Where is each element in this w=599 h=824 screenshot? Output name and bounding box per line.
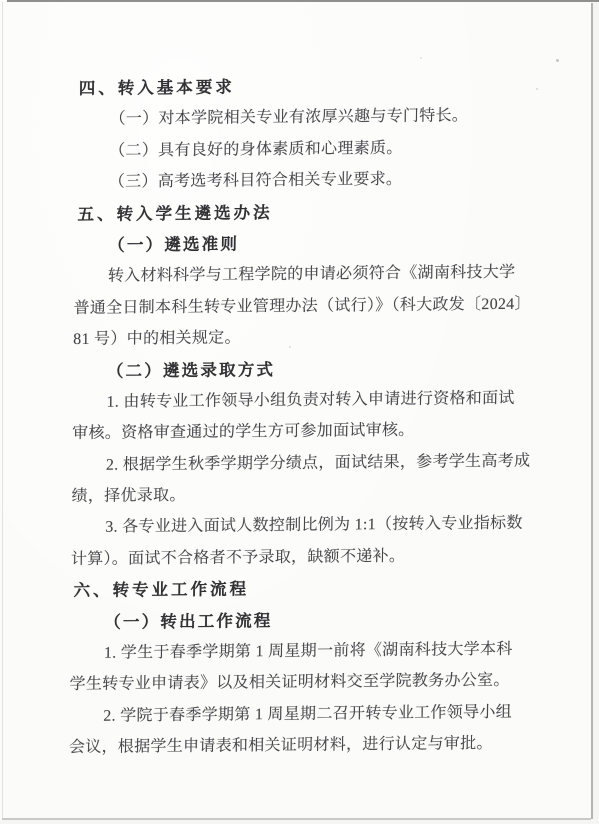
page-edge-right-shadow <box>593 2 599 824</box>
section-heading: 四、转入基本要求 <box>79 68 552 104</box>
section-heading: 六、转专业工作流程 <box>73 571 546 607</box>
paragraph-line: 绩，择优录取。 <box>71 477 547 513</box>
page-edge-top <box>7 0 599 2</box>
page-edge-left <box>2 2 3 818</box>
page-edge-bottom <box>2 818 591 820</box>
subsection-heading: （二）遴选录取方式 <box>107 351 549 387</box>
subsection-heading: （一）转出工作流程 <box>104 602 546 638</box>
list-item-line: （三）高考选考科目符合相关专业要求。 <box>109 163 551 199</box>
paragraph-line: 2. 根据学生秋季学期学分绩点，面试结果，参考学生高考成 <box>106 445 548 481</box>
paragraph-line: 审核。资格审查通过的学生方可参加面试审核。 <box>72 414 548 450</box>
paragraph-line: 转入材料科学与工程学院的申请必须符合《湖南科技大学 <box>108 257 550 293</box>
paragraph-line: 1. 学生于春季学期第 1 周星期一前将《湖南科技大学本科 <box>104 634 546 670</box>
paper-speck <box>420 57 422 59</box>
page-edge-right <box>591 3 593 819</box>
page-edge-bottom-shadow <box>0 820 599 824</box>
subsection-heading: （一）遴选准则 <box>108 225 550 261</box>
section-heading: 五、转入学生遴选办法 <box>77 194 550 230</box>
paragraph-line: 2. 学院于春季学期第 1 周星期二召开转专业工作领导小组 <box>103 696 545 732</box>
paragraph-line: 3. 各专业进入面试人数控制比例为 1:1（按转入专业指标数 <box>105 508 547 544</box>
paragraph-line: 81 号）中的相关规定。 <box>73 320 549 356</box>
paragraph-line: 会议，根据学生申请表和相关证明材料，进行认定与审批。 <box>69 728 545 764</box>
paragraph-line: 计算）。面试不合格者不予录取，缺额不递补。 <box>71 539 547 575</box>
paper-speck <box>556 59 559 62</box>
list-item-line: （二）具有良好的身体素质和心理素质。 <box>109 131 551 167</box>
paragraph-line: 1. 由转专业工作领导小组负责对转入申请进行资格和面试 <box>106 382 548 418</box>
paragraph-line: 普通全日制本科生转专业管理办法（试行）》（科大政发〔2024〕 <box>73 288 549 324</box>
paragraph-line: 学生转专业申请表》以及相关证明材料交至学院教务办公室。 <box>69 665 545 701</box>
document-body: 四、转入基本要求（一）对本学院相关专业有浓厚兴趣与专门特长。（二）具有良好的身体… <box>69 68 552 763</box>
document-page: 四、转入基本要求（一）对本学院相关专业有浓厚兴趣与专门特长。（二）具有良好的身体… <box>0 0 599 824</box>
list-item-line: （一）对本学院相关专业有浓厚兴趣与专门特长。 <box>109 100 551 136</box>
